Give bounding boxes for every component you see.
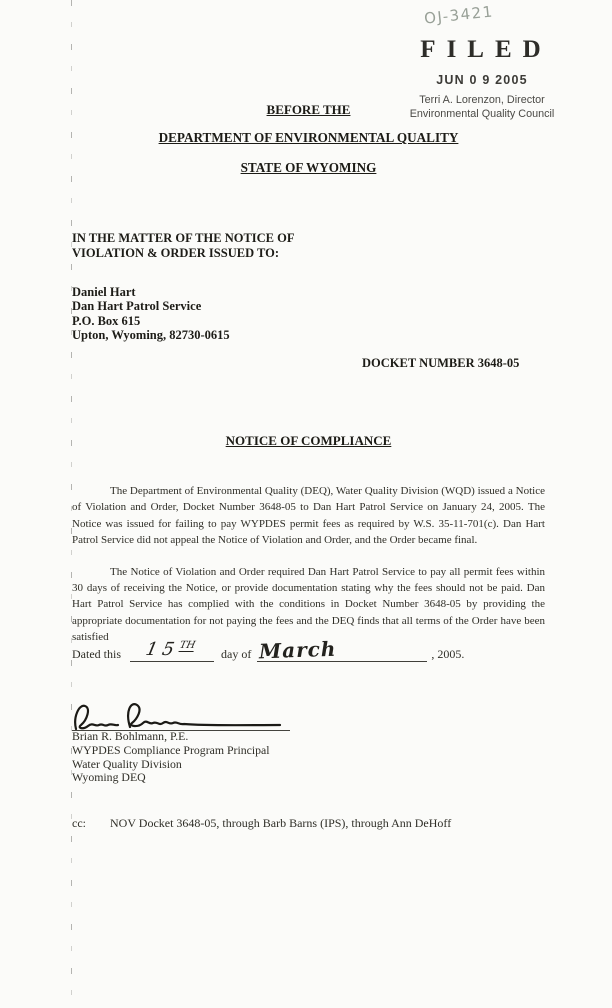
document-title: NOTICE OF COMPLIANCE <box>72 433 545 449</box>
cc-text: NOV Docket 3648-05, through Barb Barns (… <box>110 816 451 830</box>
respondent-address-block: Daniel Hart Dan Hart Patrol Service P.O.… <box>72 285 230 342</box>
respondent-company: Dan Hart Patrol Service <box>72 299 230 313</box>
signer-title: WYPDES Compliance Program Principal <box>72 744 270 758</box>
paragraph-2: The Notice of Violation and Order requir… <box>72 564 545 646</box>
filed-stamp-title: FILED <box>404 36 560 64</box>
cc-label: cc: <box>72 816 110 831</box>
respondent-po-box: P.O. Box 615 <box>72 314 230 328</box>
caption-line-1: IN THE MATTER OF THE NOTICE OF <box>72 231 295 246</box>
header-before-the: BEFORE THE <box>72 102 545 118</box>
dated-connector: day of <box>221 647 251 661</box>
handwritten-case-number: OJ-3421 <box>423 2 494 27</box>
month-blank: March <box>257 646 427 662</box>
handwritten-day: 15TH <box>144 639 197 660</box>
day-blank: 15TH <box>130 646 214 662</box>
caption-line-2: VIOLATION & ORDER ISSUED TO: <box>72 246 295 261</box>
docket-number: DOCKET NUMBER 3648-05 <box>362 356 519 371</box>
respondent-city-state-zip: Upton, Wyoming, 82730-0615 <box>72 328 230 342</box>
paragraph-1: The Department of Environmental Quality … <box>72 483 545 549</box>
dated-line: Dated this15THday ofMarch, 2005. <box>72 646 572 662</box>
signer-name: Brian R. Bohlmann, P.E. <box>72 730 270 744</box>
signature-block: Brian R. Bohlmann, P.E. WYPDES Complianc… <box>72 730 270 785</box>
dated-suffix: , 2005. <box>431 647 464 661</box>
signer-agency: Wyoming DEQ <box>72 771 270 785</box>
document-page: OJ-3421 FILED JUN 0 9 2005 Terri A. Lore… <box>0 0 612 1008</box>
dated-prefix: Dated this <box>72 647 121 661</box>
case-caption: IN THE MATTER OF THE NOTICE OF VIOLATION… <box>72 231 295 260</box>
handwritten-month: March <box>259 637 337 664</box>
respondent-name: Daniel Hart <box>72 285 230 299</box>
body-text: The Department of Environmental Quality … <box>72 483 545 661</box>
filed-stamp-date: JUN 0 9 2005 <box>404 73 560 87</box>
cc-line: cc:NOV Docket 3648-05, through Barb Barn… <box>72 816 451 831</box>
header-state: STATE OF WYOMING <box>72 160 545 176</box>
handwritten-day-suffix: TH <box>178 640 196 652</box>
header-department: DEPARTMENT OF ENVIRONMENTAL QUALITY <box>72 130 545 146</box>
signer-division: Water Quality Division <box>72 758 270 772</box>
